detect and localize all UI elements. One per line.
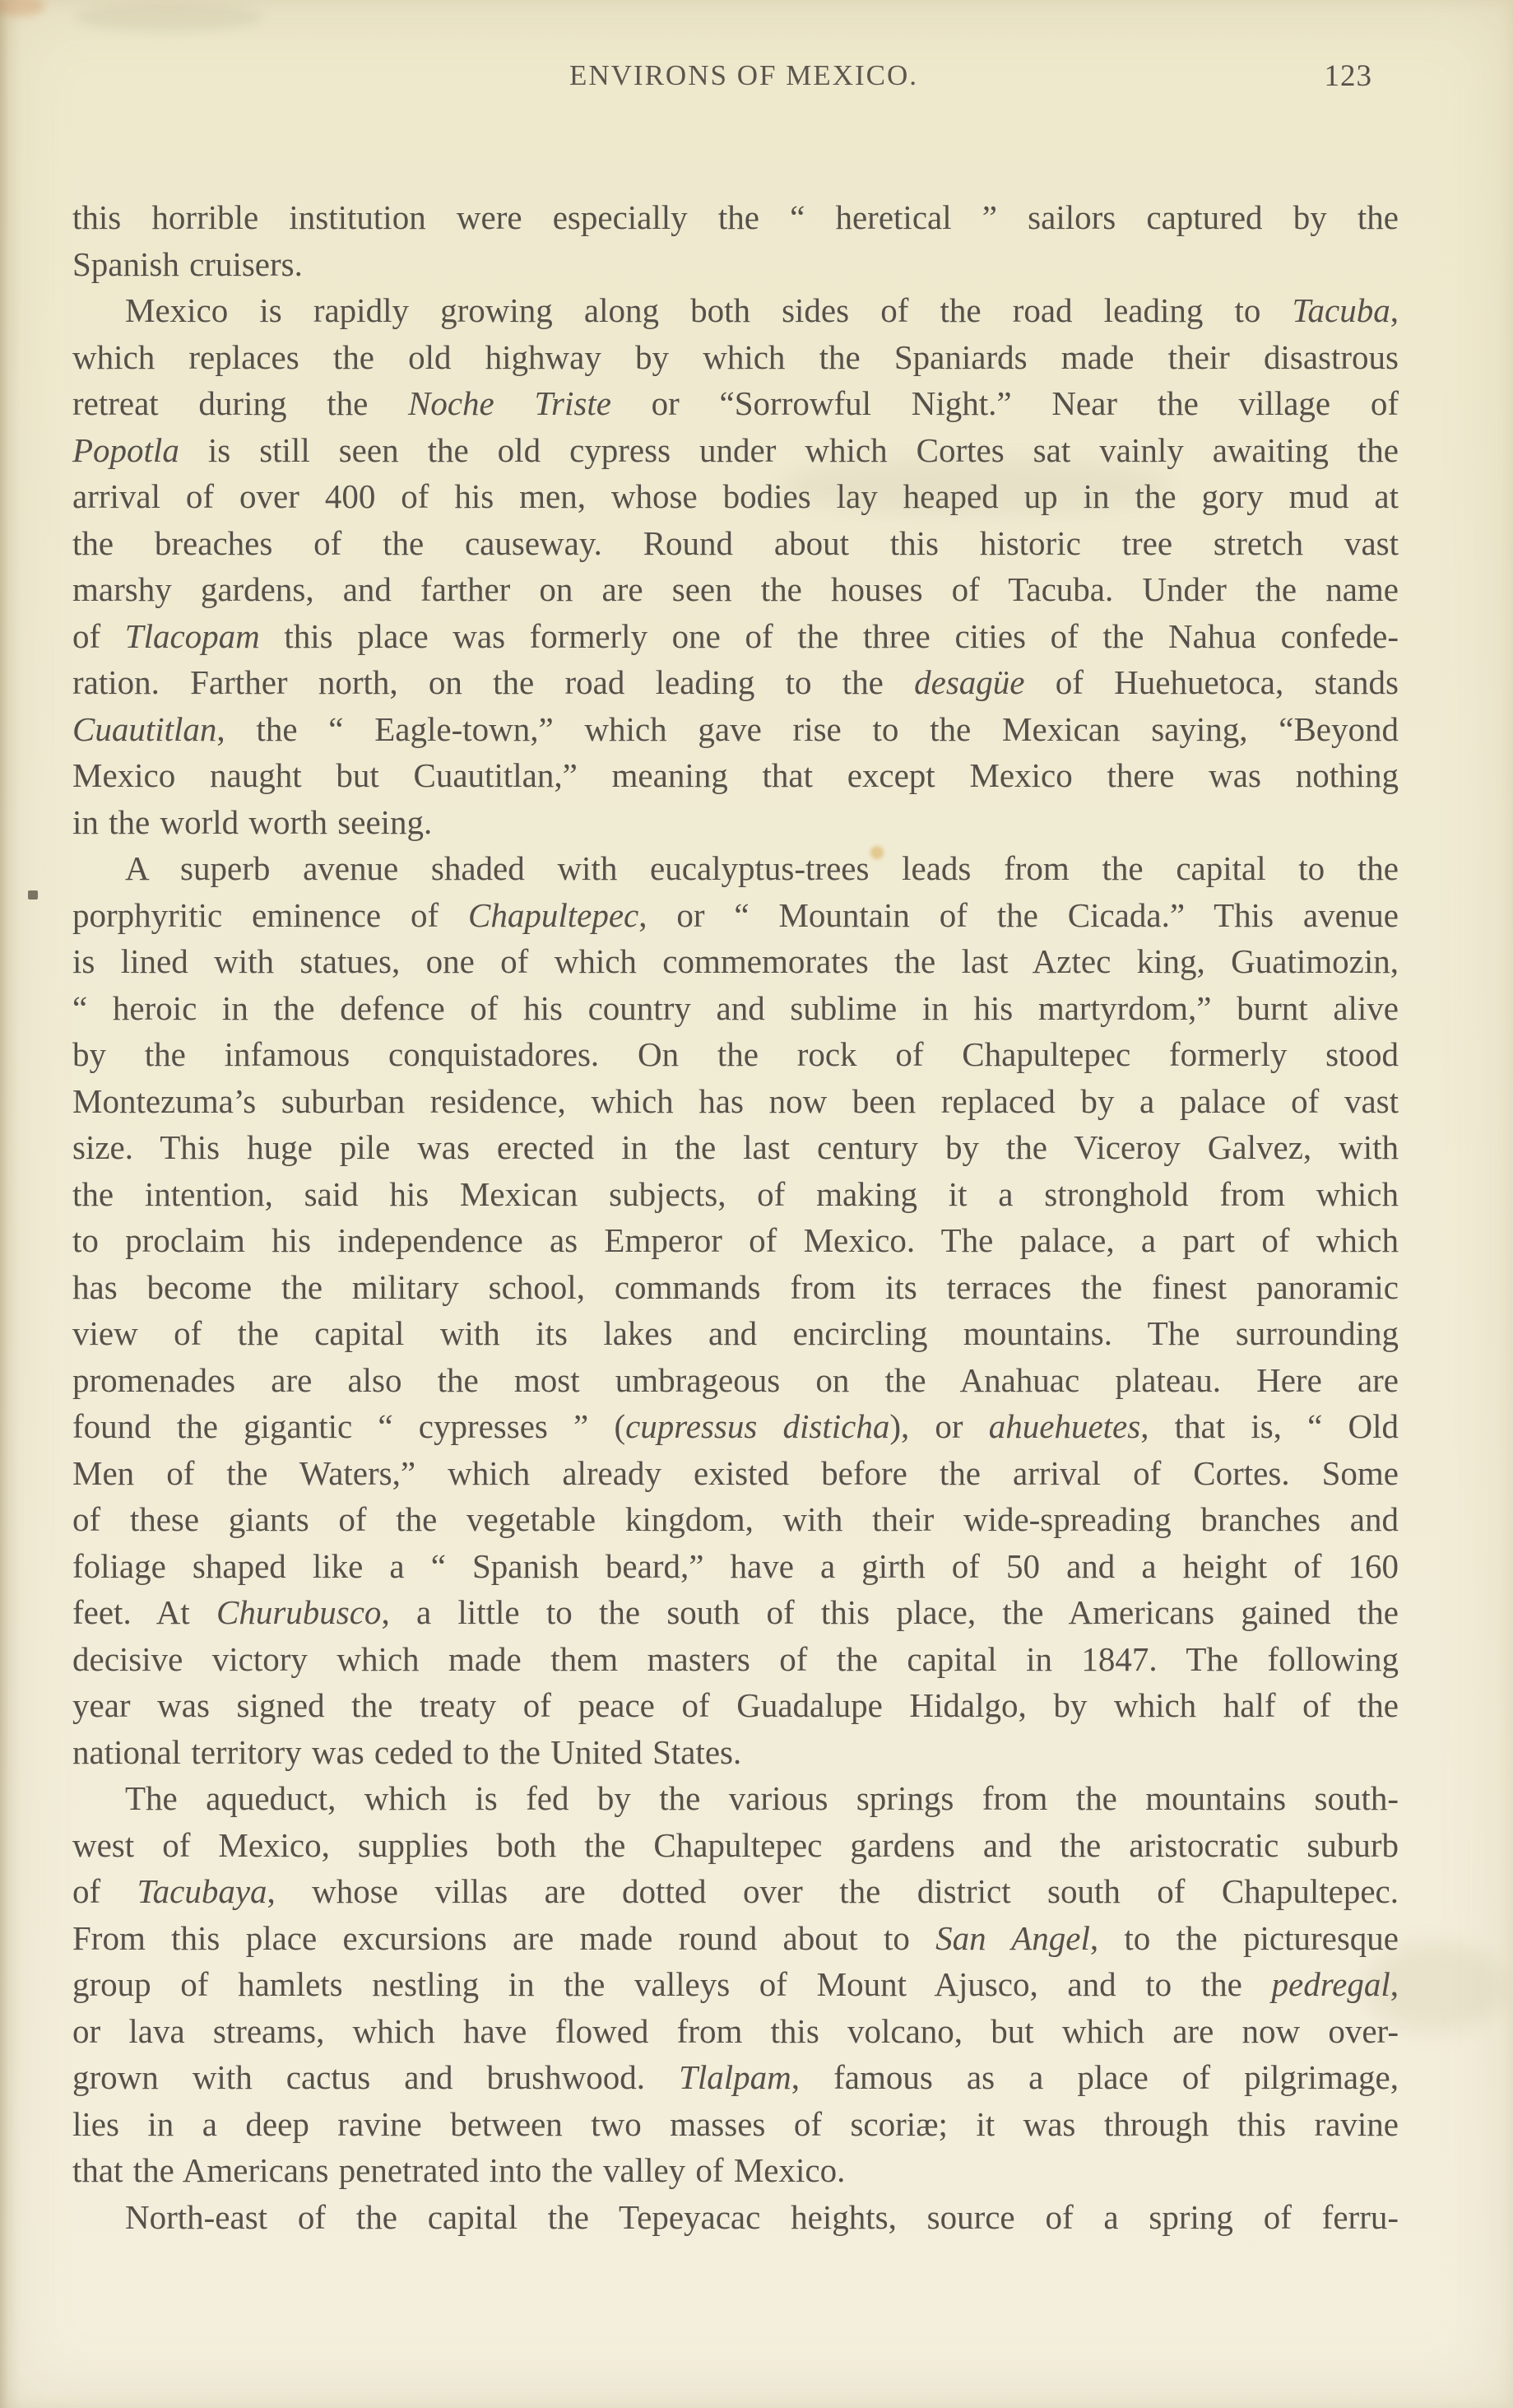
text-line: Men of the Waters,” which already existe… [72, 1450, 1399, 1497]
text-line: national territory was ceded to the Unit… [72, 1729, 1399, 1776]
text-line: The aqueduct, which is fed by the variou… [72, 1775, 1399, 1822]
italic-term: Tacuba [1293, 291, 1390, 329]
text-line: marshy gardens, and farther on are seen … [72, 566, 1399, 613]
text-line: feet. At Churubusco, a little to the sou… [72, 1589, 1399, 1636]
text-line: that the Americans penetrated into the v… [72, 2147, 1399, 2194]
text-line: promenades are also the most umbrageous … [72, 1357, 1399, 1404]
text-line: Cuautitlan, the “ Eagle-town,” which gav… [72, 706, 1399, 753]
text-line: year was signed the treaty of peace of G… [72, 1682, 1399, 1729]
book-page: ENVIRONS OF MEXICO. 123 this horrible in… [0, 0, 1513, 2408]
text-line: Spanish cruisers. [72, 241, 1399, 288]
italic-term: pedregal [1272, 1965, 1390, 2003]
text-line: in the world worth seeing. [72, 799, 1399, 846]
text-line: Popotla is still seen the old cypress un… [72, 427, 1399, 474]
margin-ink-mark [28, 890, 38, 900]
text-line: to proclaim his independence as Emperor … [72, 1217, 1399, 1264]
text-line: lies in a deep ravine between two masses… [72, 2101, 1399, 2148]
text-line: size. This huge pile was erected in the … [72, 1124, 1399, 1171]
text-line: A superb avenue shaded with eucalyptus-t… [72, 845, 1399, 892]
text-line: the intention, said his Mexican subjects… [72, 1171, 1399, 1218]
text-line: found the gigantic “ cypresses ” (cupres… [72, 1403, 1399, 1450]
edge-mark [0, 0, 44, 16]
text-line: decisive victory which made them masters… [72, 1636, 1399, 1683]
text-line: west of Mexico, supplies both the Chapul… [72, 1822, 1399, 1869]
text-line: by the infamous conquistadores. On the r… [72, 1031, 1399, 1078]
text-line: ration. Farther north, on the road leadi… [72, 659, 1399, 706]
text-line: Mexico naught but Cuautitlan,” meaning t… [72, 752, 1399, 799]
text-line: group of hamlets nestling in the valleys… [72, 1961, 1399, 2008]
text-block: this horrible institution were especiall… [72, 194, 1399, 2240]
text-line: or lava streams, which have flowed from … [72, 2008, 1399, 2055]
text-line: is lined with statues, one of which comm… [72, 938, 1399, 985]
page-number: 123 [1325, 58, 1373, 94]
text-line: “ heroic in the defence of his country a… [72, 985, 1399, 1032]
text-line: grown with cactus and brushwood. Tlalpam… [72, 2054, 1399, 2101]
text-line: has become the military school, commands… [72, 1264, 1399, 1311]
italic-term: San Angel [935, 1919, 1090, 1957]
show-through-smudge [74, 3, 263, 31]
italic-term: desagüe [914, 663, 1024, 701]
italic-term: cupressus disticha [625, 1407, 889, 1445]
text-line: view of the capital with its lakes and e… [72, 1310, 1399, 1357]
italic-term: Cuautitlan [72, 710, 216, 748]
text-line: of Tacubaya, whose villas are dotted ove… [72, 1868, 1399, 1915]
italic-term: Popotla [72, 431, 179, 469]
italic-term: Noche Triste [408, 384, 611, 422]
text-line: porphyritic eminence of Chapultepec, or … [72, 892, 1399, 939]
text-line: foliage shaped like a “ Spanish beard,” … [72, 1543, 1399, 1590]
italic-term: Chapultepec [468, 896, 638, 934]
italic-term: Tlalpam [679, 2058, 791, 2096]
text-line: North-east of the capital the Tepeyacac … [72, 2194, 1399, 2241]
italic-term: Tacubaya [137, 1872, 267, 1910]
text-line: Montezuma’s suburban residence, which ha… [72, 1078, 1399, 1125]
italic-term: Churubusco [216, 1593, 381, 1631]
text-line: of Tlacopam this place was formerly one … [72, 613, 1399, 660]
text-line: the breaches of the causeway. Round abou… [72, 520, 1399, 567]
italic-term: Tlacopam [125, 617, 260, 655]
text-line: retreat during the Noche Triste or “Sorr… [72, 380, 1399, 427]
text-line: arrival of over 400 of his men, whose bo… [72, 473, 1399, 520]
text-line: this horrible institution were especiall… [72, 194, 1399, 241]
text-line: From this place excursions are made roun… [72, 1915, 1399, 1962]
italic-term: ahuehuetes [989, 1407, 1140, 1445]
text-line: of these giants of the vegetable kingdom… [72, 1496, 1399, 1543]
running-head-title: ENVIRONS OF MEXICO. [81, 59, 1407, 92]
text-line: which replaces the old highway by which … [72, 334, 1399, 381]
text-line: Mexico is rapidly growing along both sid… [72, 287, 1399, 334]
